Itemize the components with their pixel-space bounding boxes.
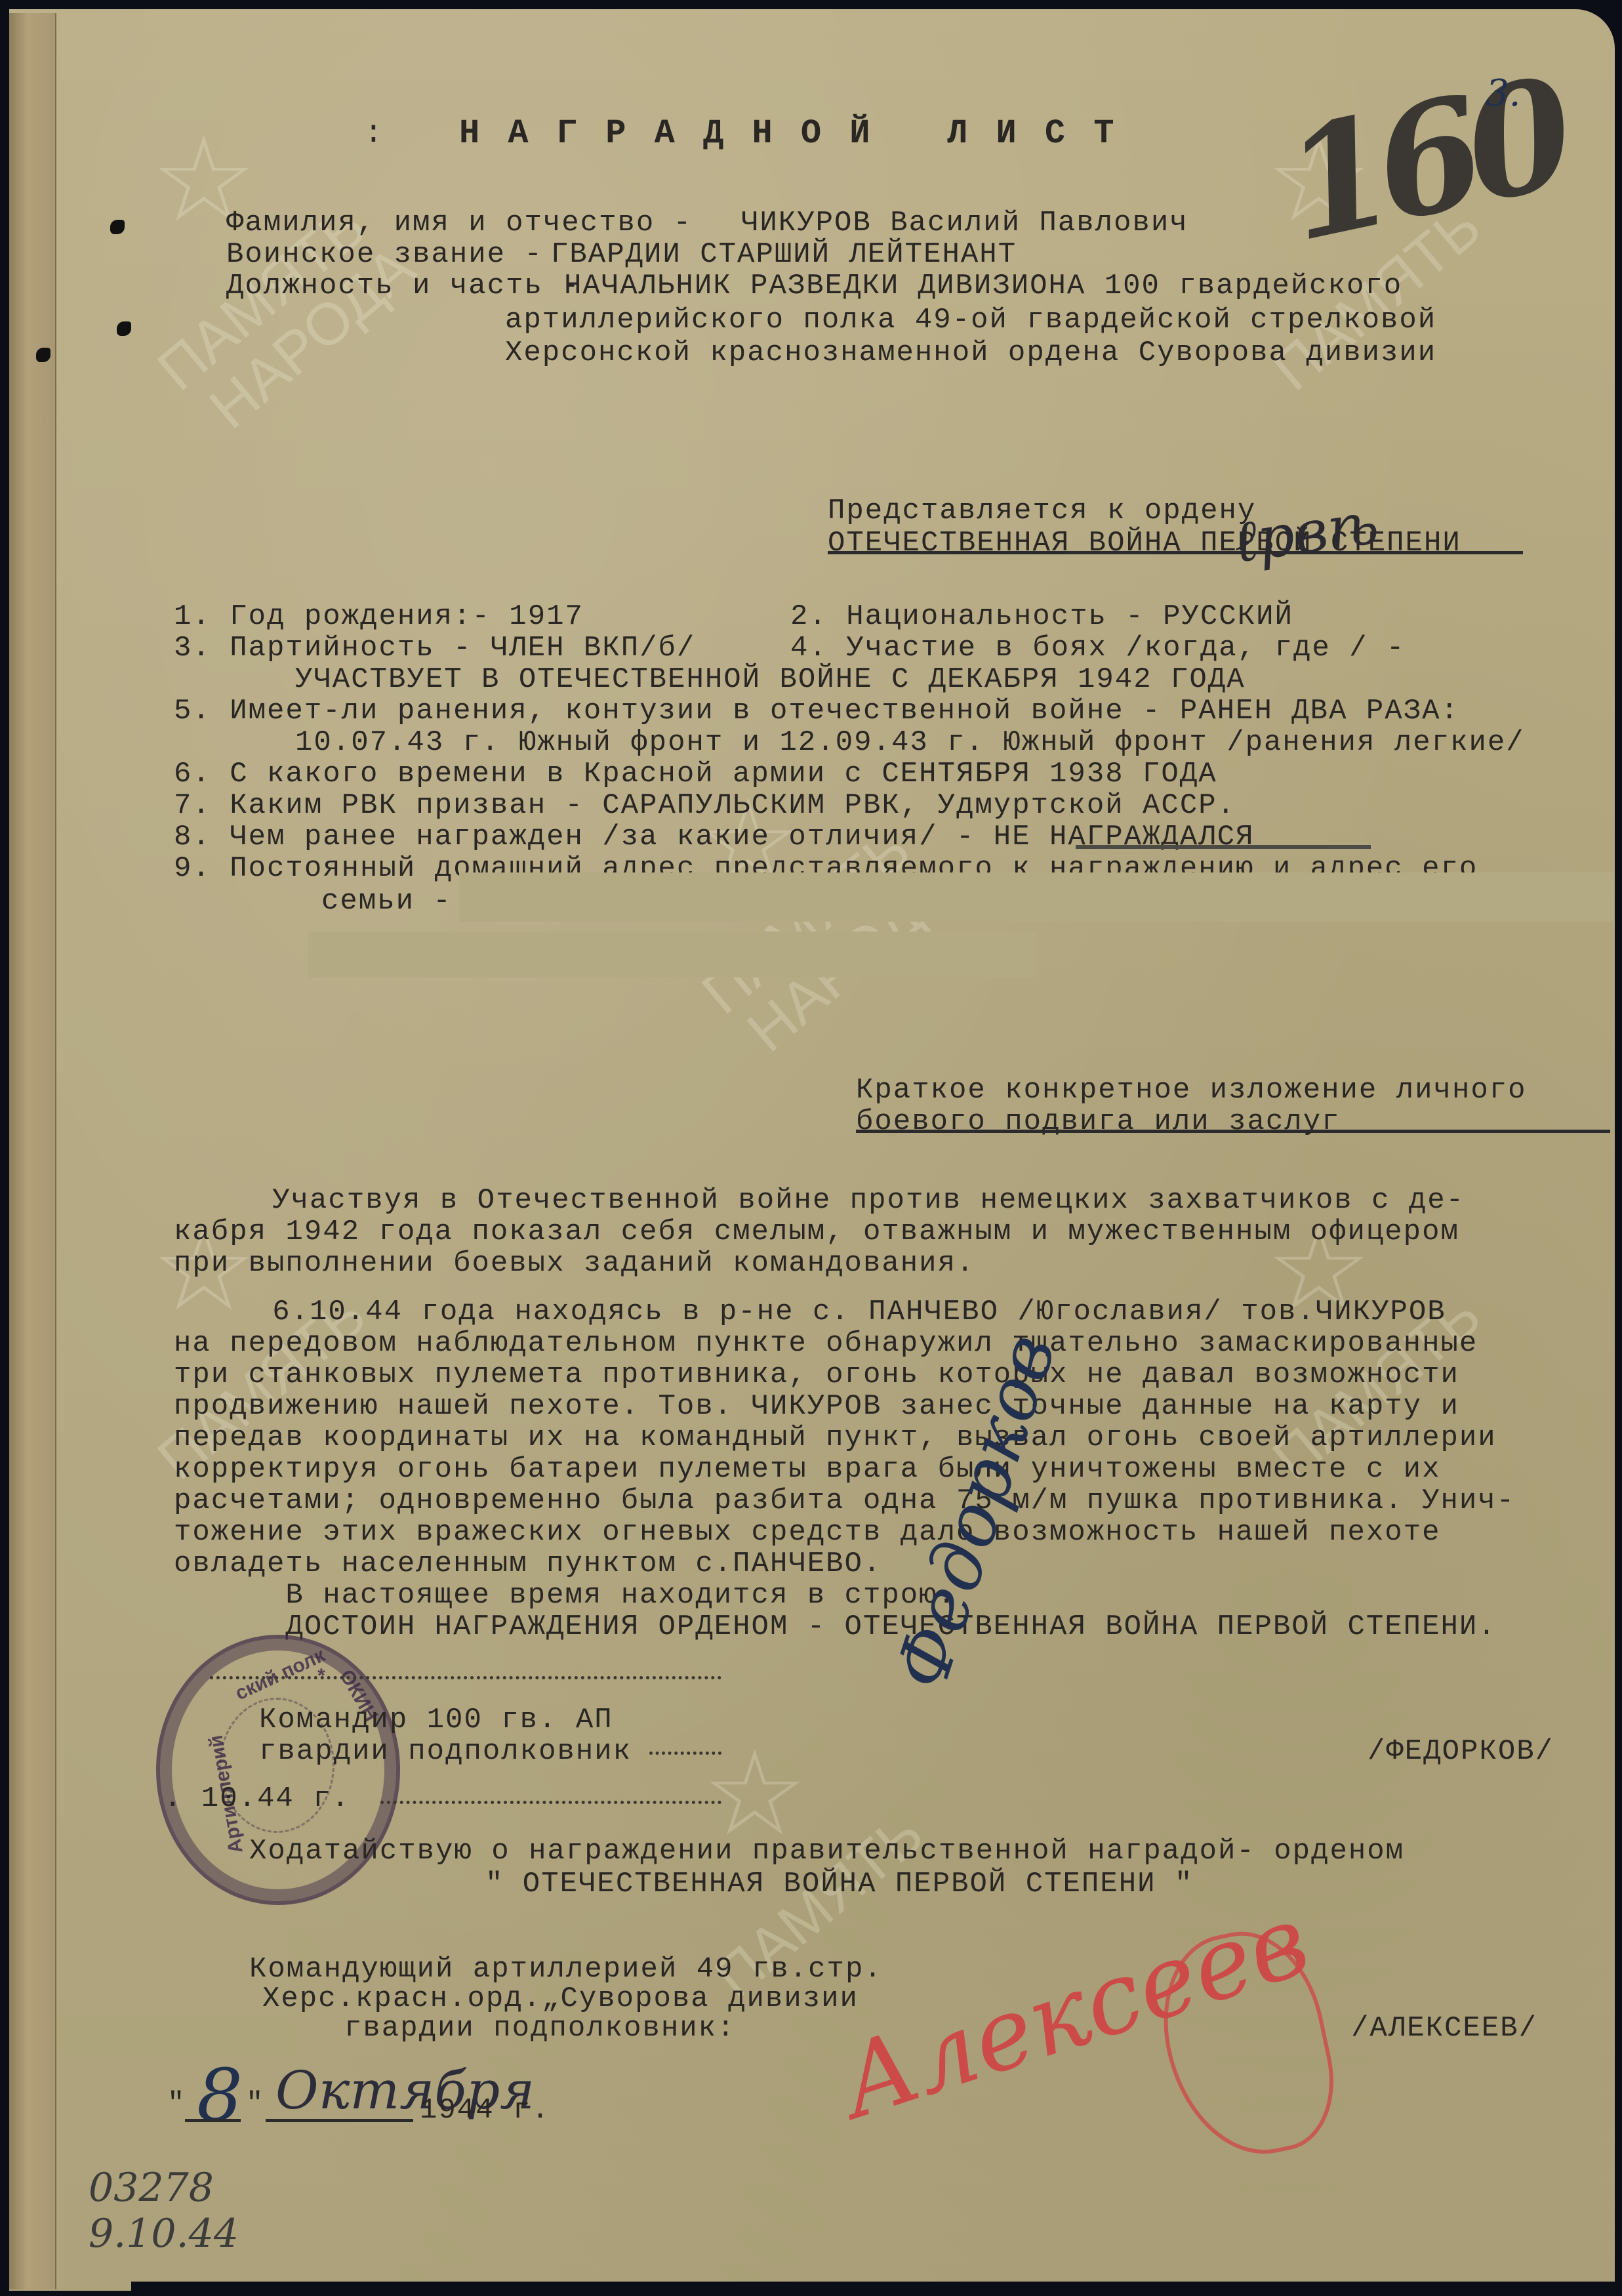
- narrative-line: три станковых пулемета противника, огонь…: [174, 1361, 1459, 1389]
- item-6: 6. С какого времени в Красной армии с СЕ…: [174, 760, 1217, 789]
- item-9-family: семьи -: [321, 887, 452, 916]
- signer-2-name: /АЛЕКСЕЕВ/: [1351, 2014, 1537, 2043]
- position-value: Херсонской краснознаменной ордена Суворо…: [505, 338, 1436, 367]
- registry-number: 03278: [89, 2165, 214, 2211]
- narrative-line: кабря 1942 года показал себя смелым, отв…: [174, 1218, 1459, 1246]
- narrative-line: овладеть населенным пунктом с.ПАНЧЕВО.: [174, 1549, 882, 1578]
- petition-line: Ходатайствую о награждении правительстве…: [249, 1837, 1404, 1866]
- date-day: 8: [197, 2053, 243, 2137]
- dotted-line: [210, 1676, 721, 1679]
- dotted-line: [649, 1752, 721, 1755]
- stamp-text: ский полк: [232, 1645, 329, 1706]
- position-label: Должность и часть -: [226, 272, 580, 300]
- signer-1-title: Командир 100 гв. АП: [259, 1706, 613, 1734]
- name-label: Фамилия, имя и отчество -: [226, 209, 692, 237]
- document-title: Н А Г Р А Д Н О Й Л И С Т: [459, 117, 1118, 151]
- sheet-number: 3.: [1486, 72, 1520, 115]
- narrative-line: тожение этих вражеских огневых средств д…: [174, 1518, 1441, 1547]
- bottom-edge: [131, 2282, 1622, 2296]
- date-month-underline: [266, 2119, 413, 2122]
- signer-1-name: /ФЕДОРКОВ/: [1368, 1737, 1554, 1766]
- narrative-line: продвижению нашей пехоте. Тов. ЧИКУРОВ з…: [174, 1392, 1459, 1421]
- date-open-quote: ": [167, 2089, 186, 2118]
- narrative-line: Участвуя в Отечественной войне против не…: [216, 1186, 1465, 1215]
- item-5: 5. Имеет-ли ранения, контузии в отечеств…: [174, 697, 1459, 726]
- redacted-address: [459, 872, 1613, 922]
- position-value: артиллерийского полка 49-ой гвардейской …: [505, 306, 1436, 335]
- date-close-quote: ": [246, 2089, 264, 2118]
- nomination-intro: Представляется к ордену: [828, 497, 1256, 525]
- item-4: 4. Участие в боях /когда, где / -: [790, 634, 1405, 663]
- position-value: НАЧАЛЬНИК РАЗВЕДКИ ДИВИЗИОНА 100 гвардей…: [564, 272, 1402, 300]
- registry-date: 9.10.44: [89, 2211, 239, 2257]
- narrative-line: 6.10.44 года находясь в р-не с. ПАНЧЕВО …: [216, 1298, 1446, 1326]
- punch-hole: [117, 321, 131, 336]
- narrative-line: передав координаты их на командный пункт…: [174, 1424, 1497, 1452]
- signer-2-title: Командующий артиллерией 49 гв.стр.: [249, 1955, 883, 1984]
- date-day-underline: [185, 2119, 241, 2122]
- summary-heading: Краткое конкретное изложение личного: [856, 1076, 1527, 1105]
- signer-2-rank: гвардии подполковник:: [344, 2014, 736, 2043]
- nomination-underline: [828, 551, 1523, 554]
- signer-1-date: . 10.44 г.: [164, 1784, 350, 1813]
- signer-2-division: Херс.красн.орд.„Суворова дивизии: [262, 1984, 859, 2013]
- item-3: 3. Партийность - ЧЛЕН ВКП/б/: [174, 634, 695, 663]
- narrative-line: расчетами; одновременно была разбита одн…: [174, 1486, 1515, 1515]
- petition-order: " ОТЕЧЕСТВЕННАЯ ВОЙНА ПЕРВОЙ СТЕПЕНИ ": [485, 1870, 1193, 1898]
- rank-label: Воинское звание -: [226, 240, 543, 269]
- item-4-value: УЧАСТВУЕТ В ОТЕЧЕСТВЕННОЙ ВОЙНЕ С ДЕКАБР…: [295, 665, 1246, 694]
- signer-1-rank: гвардии подполковник: [259, 1737, 632, 1766]
- name-value: ЧИКУРОВ Василий Павлович: [741, 209, 1188, 237]
- item-5-value: 10.07.43 г. Южный фронт и 12.09.43 г. Юж…: [295, 728, 1525, 757]
- item-2: 2. Национальность - РУССКИЙ: [790, 602, 1293, 631]
- narrative-line: ДОСТОИН НАГРАЖДЕНИЯ ОРДЕНОМ - ОТЕЧЕСТВЕН…: [174, 1612, 1497, 1641]
- punch-hole: [110, 220, 125, 234]
- title-colon: :: [364, 118, 384, 150]
- narrative-line: на передовом наблюдательном пункте обнар…: [174, 1329, 1478, 1358]
- narrative-line: при выполнении боевых заданий командован…: [174, 1249, 975, 1278]
- item-1: 1. Год рождения:- 1917: [174, 602, 584, 631]
- punch-hole: [36, 348, 51, 362]
- redacted-address: [308, 932, 1036, 977]
- narrative-line: корректируя огонь батареи пулеметы врага…: [174, 1455, 1441, 1484]
- rank-value: ГВАРДИИ СТАРШИЙ ЛЕЙТЕНАНТ: [551, 240, 1017, 269]
- narrative-line: В настоящее время находится в строю.: [174, 1581, 956, 1610]
- summary-underline: [856, 1130, 1610, 1133]
- date-year: 1944 г.: [420, 2096, 550, 2125]
- item-7: 7. Каким РВК призван - САРАПУЛЬСКИМ РВК,…: [174, 791, 1236, 820]
- dotted-line: [380, 1801, 721, 1804]
- item-8-underline: [1076, 845, 1371, 849]
